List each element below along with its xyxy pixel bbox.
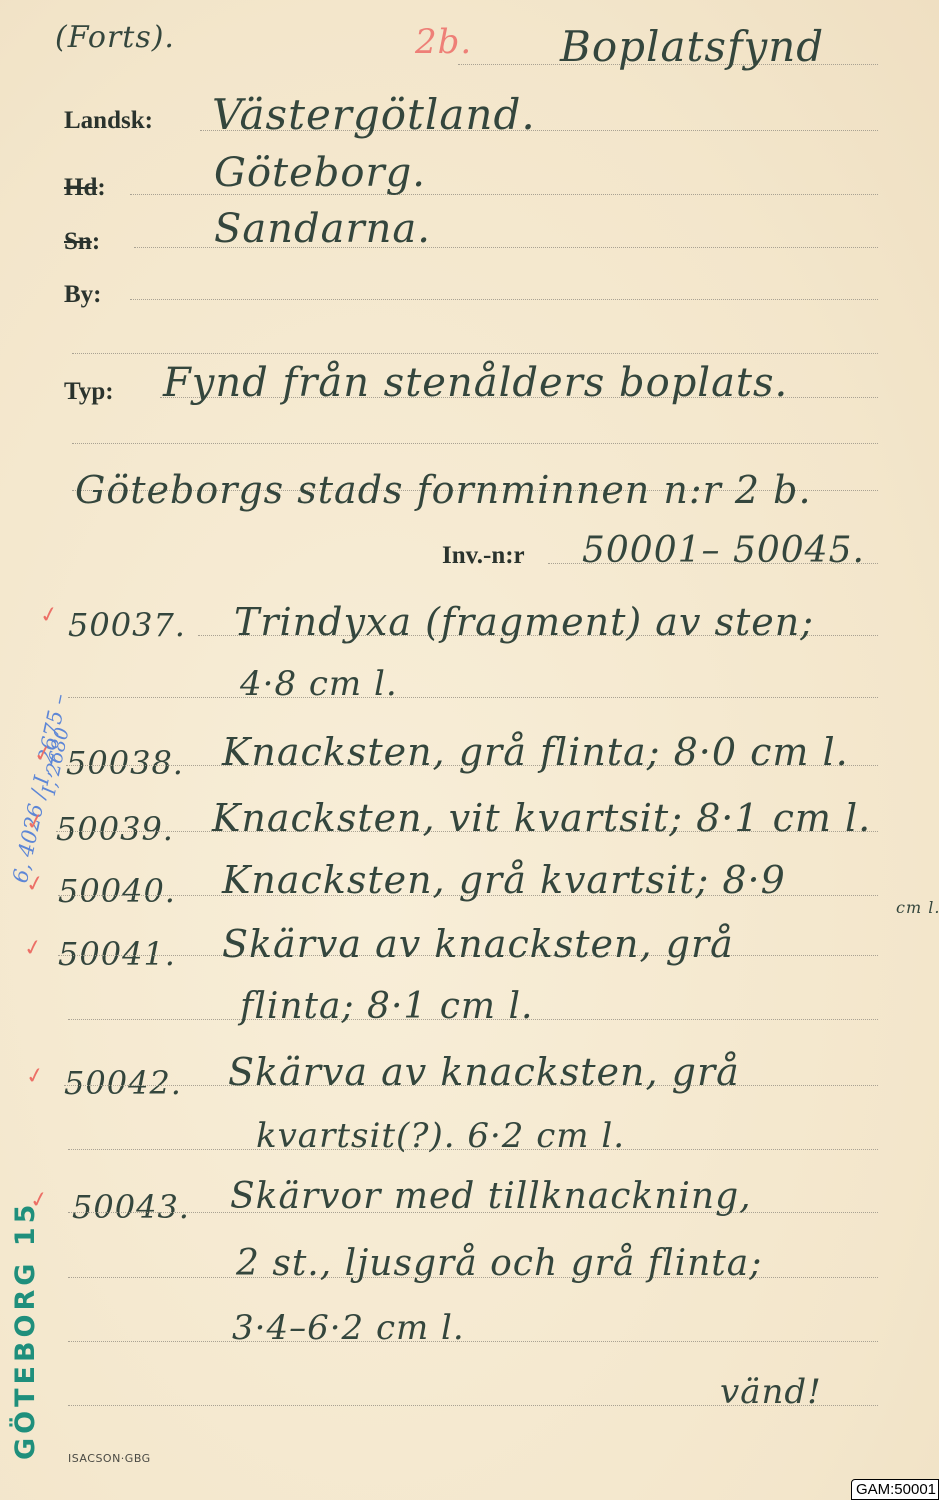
entry-text: Knacksten, vit kvartsit; 8·1 cm l. <box>212 796 871 840</box>
type-dotted-line-2 <box>72 443 878 444</box>
type-line-2: Göteborgs stads fornminnen n:r 2 b. <box>75 468 812 512</box>
field-label-typ: Typ: <box>64 378 114 406</box>
check-mark-icon: ✓ <box>24 871 46 899</box>
field-label-by: By: <box>64 281 102 309</box>
entry-number: 50040. <box>58 872 176 910</box>
entry-text: kvartsit(?). 6·2 cm l. <box>256 1116 625 1156</box>
entry-text: 4·8 cm l. <box>240 664 398 704</box>
entry-text: Skärvor med tillknackning, <box>230 1176 752 1217</box>
entry-text: flinta; 8·1 cm l. <box>240 986 533 1027</box>
entry-number: 50042. <box>64 1064 182 1102</box>
entry-number: 50038. <box>66 744 184 782</box>
entry-text: Knacksten, grå flinta; 8·0 cm l. <box>222 730 849 774</box>
type-line-1: Fynd från stenålders boplats. <box>163 360 788 406</box>
turn-over-note: vänd! <box>720 1372 822 1412</box>
entry-number: 50037. <box>68 606 186 644</box>
field-line-by <box>130 299 878 300</box>
entry-text: Skärva av knacksten, grå <box>222 922 734 966</box>
entry-line <box>68 1341 878 1342</box>
goteborg-stamp: GÖTEBORG 15 <box>10 1201 41 1460</box>
field-value-hd: Göteborg. <box>214 150 426 196</box>
entry-number: 50041. <box>58 935 176 973</box>
entry-line <box>68 697 878 698</box>
card-number-red: 2b. <box>415 22 472 62</box>
entry-number: 50043. <box>72 1188 190 1226</box>
field-label-hd: Hd: <box>64 174 106 202</box>
printer-mark: ISACSON·GBG <box>68 1452 151 1465</box>
field-label-sn: Sn: <box>64 228 100 256</box>
entry-text: Skärva av knacksten, grå <box>228 1050 740 1094</box>
check-mark-icon: ✓ <box>38 602 60 630</box>
inventory-label: Inv.-n:r <box>442 542 525 570</box>
check-mark-icon: ✓ <box>22 935 44 963</box>
field-label-sn-colon: : <box>92 228 100 255</box>
field-label-hd-text: Hd <box>64 174 97 201</box>
category-title: Boplatsfynd <box>560 22 824 71</box>
field-value-landsk: Västergötland. <box>212 90 536 139</box>
entry-text: 3·4–6·2 cm l. <box>232 1308 465 1348</box>
entry-number: 50039. <box>56 810 174 848</box>
catalog-id-label: GAM:50001 <box>851 1479 939 1500</box>
entry-text-overflow: cm l. <box>896 898 939 917</box>
field-label-sn-text: Sn <box>64 228 92 255</box>
catalog-card: (Forts). 2b. Boplatsfynd Landsk: Västerg… <box>0 0 939 1500</box>
entry-text: Knacksten, grå kvartsit; 8·9 <box>222 858 786 902</box>
field-label-landsk: Landsk: <box>64 107 153 135</box>
blank-dotted-line <box>72 353 878 354</box>
entry-text: Trindyxa (fragment) av sten; <box>234 600 814 644</box>
field-label-hd-colon: : <box>97 174 105 201</box>
check-mark-icon: ✓ <box>24 1063 46 1091</box>
continued-note: (Forts). <box>55 20 175 55</box>
entry-text: 2 st., ljusgrå och grå flinta; <box>236 1243 762 1284</box>
inventory-range: 50001– 50045. <box>582 530 865 571</box>
field-value-sn: Sandarna. <box>214 206 431 252</box>
